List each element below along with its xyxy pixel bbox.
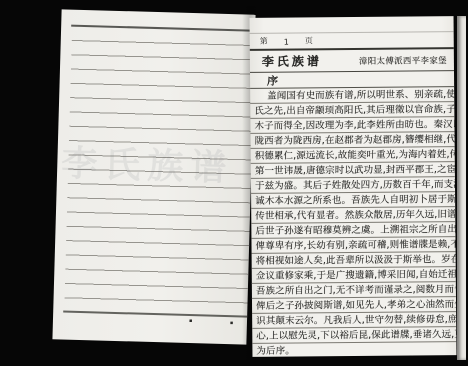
handwritten-line: 后世子孙遂有昭穆莫辨之虞。上溯祖宗之所自出,下明支派之所由分,: [251, 222, 455, 239]
title-row: 李氏族谱 漳阳太傅派西平李家堡: [250, 49, 454, 73]
handwritten-line: 吾族之所自出之门,无不详考而谨录之,阅数月而告成,装为若干卷,: [252, 282, 456, 299]
page-number: 1: [284, 38, 290, 47]
page-number-prefix: 第: [260, 36, 269, 47]
section-row: 序: [250, 71, 454, 89]
page-number-row: 第 1 页: [250, 31, 454, 51]
handwritten-line: 诚木本水源之所系也。吾族先人自明初卜居于斯,垦田筑室,勤俭起家,: [251, 192, 455, 209]
left-page: 李氏族谱 ▪ ▪: [52, 9, 255, 344]
handwritten-line: 为后序。: [252, 342, 456, 357]
handwritten-line: 于兹为盛。其后子姓散处四方,历数百千年,而支派繁衍,谱牒之修,: [251, 177, 455, 194]
section-heading: 序: [267, 72, 279, 88]
preface-body: 盖闻国有史而族有谱,所以明世系、别亲疏,使后人有所考稽也。今李氏之先,出自帝颛顼…: [250, 87, 456, 357]
handwritten-line: 俾尊卑有序,长幼有别,亲疏可稽,则惟谱牒是赖,不然聚族而居者,: [251, 237, 455, 254]
handwritten-line: 第一世讳晟,唐德宗时以武功显,封西平郡王,之宦家也,西平世泽,: [251, 162, 455, 179]
handwritten-line: 积德累仁,源远流长,故能奕叶重光,为海内着姓,传者不下千八人。: [251, 147, 455, 164]
handwritten-line: 俾后之子孙披阅斯谱,如见先人,孝弟之心油然而生焉。爰笔数语,谨: [252, 297, 456, 314]
stamp-mark: ▪: [230, 321, 234, 326]
stamp-mark: ▪: [189, 319, 193, 324]
handwritten-line: 传世相承,代有显者。然族众散居,历年久远,旧谱残缺,文献无征,: [251, 207, 455, 224]
book-title: 李氏族谱: [262, 52, 322, 70]
right-page: 第 1 页 李氏族谱 漳阳太傅派西平李家堡 序 盖闻国有史而族有谱,所以明世系、…: [250, 16, 457, 357]
handwritten-line: 将相视如途人矣,此吾辈所以汲汲于斯举也。岁在戊辰,族之父老咸集,: [252, 252, 456, 269]
scanned-book-photo: 李氏族谱 ▪ ▪ 第 1 页 李氏族谱 漳阳太傅派西平李家堡 序 盖闻国有史而族…: [0, 0, 468, 366]
watermark: 李氏族谱: [61, 135, 234, 191]
page-number-suffix: 页: [305, 35, 314, 46]
handwritten-line: 心,上以慰先灵,下以裕后昆,保此谱牒,垂诸久远,更为谱式,谨缀: [252, 327, 456, 344]
handwritten-line: 识其颠末云尔。凡我后人,世守勿替,续修毋怠,庶不负今日纂辑之苦: [252, 312, 456, 329]
handwritten-line: 佥议重修家乘,于是广搜遗籍,博采旧闻,自始迁祖而下二十余世,凡: [252, 267, 456, 284]
edition-note: 漳阳太傅派西平李家堡: [359, 54, 447, 67]
stacked-page-edges: [457, 16, 466, 360]
